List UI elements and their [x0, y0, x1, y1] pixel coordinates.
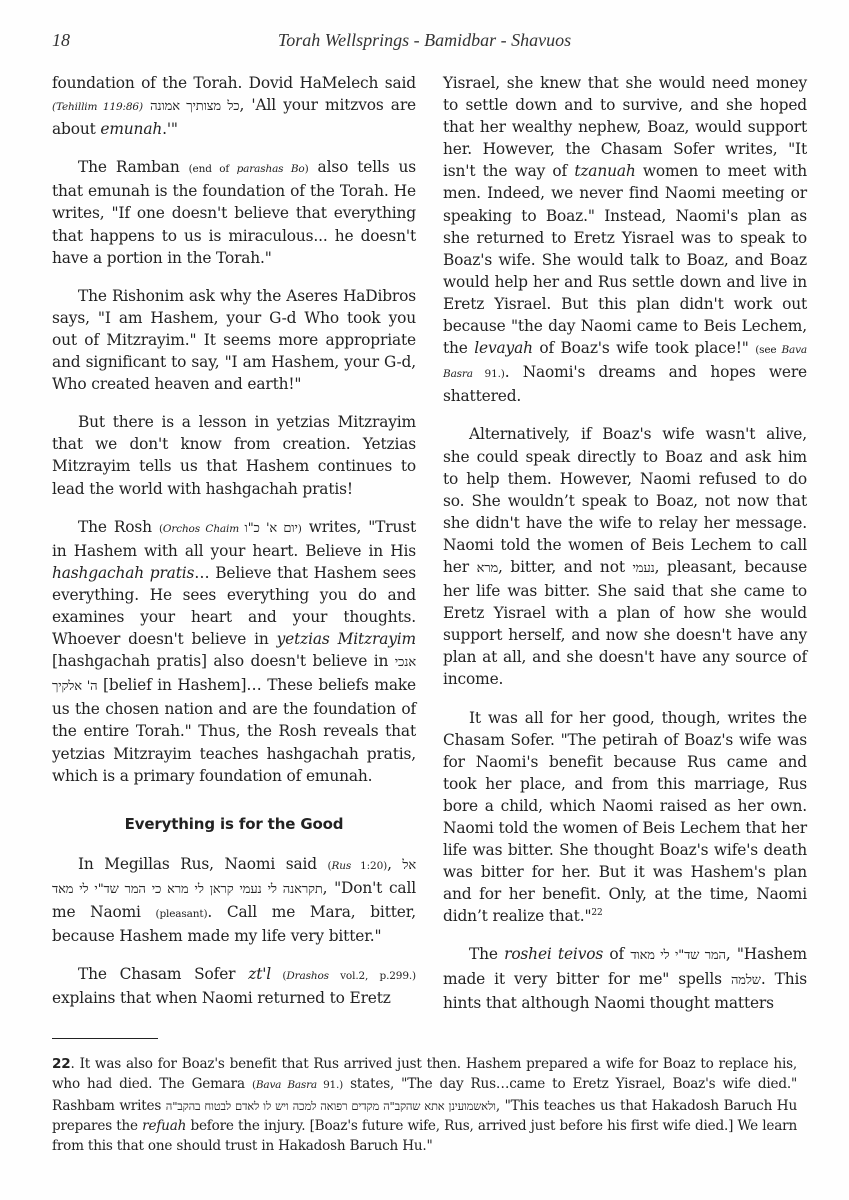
citation-source: Rus: [332, 860, 352, 872]
citation: (Tehillim 119:86): [52, 101, 143, 113]
hebrew-word: נעמי: [633, 561, 655, 576]
text: Alternatively, if Boaz's wife wasn't ali…: [443, 425, 807, 576]
text: [belief in Hashem]… These beliefs make u…: [52, 676, 416, 784]
citation: (Drashos vol.2, p.299.): [271, 970, 416, 982]
citation-text: (see: [755, 344, 781, 356]
running-title: Torah Wellsprings - Bamidbar - Shavuos: [52, 30, 797, 51]
hebrew-citation: יום א' כ"ו: [245, 521, 298, 536]
text: The Ramban: [78, 158, 189, 176]
text: of Boaz's wife took place!": [533, 339, 755, 357]
text: foundation of the Torah. Dovid HaMelech …: [52, 74, 416, 92]
italic-term: emunah: [100, 120, 162, 138]
text: ,: [387, 855, 402, 873]
hebrew-quote: ולאשמועינן אתא שהקב"ה מקדים רפואה למכה ו…: [166, 1099, 496, 1113]
hebrew-quote: המר שד"י לי מאוד: [630, 948, 726, 963]
text: In Megillas Rus, Naomi said: [78, 855, 328, 873]
paragraph: Yisrael, she knew that she would need mo…: [443, 72, 807, 407]
citation-text: vol.2, p.299.): [329, 970, 416, 982]
citation-text: 91.): [317, 1079, 343, 1091]
text: , bitter, and not: [498, 558, 632, 576]
hebrew-word: מרא: [477, 561, 498, 576]
citation-source: Orchos Chaim: [163, 523, 239, 535]
citation: (Bava Basra 91.): [252, 1079, 343, 1091]
footnote: 22. It was also for Boaz's benefit that …: [52, 1054, 797, 1156]
paragraph: The Rosh (Orchos Chaim יום א' כ"ו) write…: [52, 516, 416, 787]
text: [hashgachah pratis] also doesn't believe…: [52, 652, 395, 670]
footnote-number: 22: [52, 1056, 71, 1072]
text: women to meet with men. Indeed, we never…: [443, 162, 807, 357]
citation-text: 1:20): [351, 860, 387, 872]
citation-text: (: [271, 970, 286, 982]
text: The: [469, 945, 504, 963]
italic-term: hashgachah pratis: [52, 564, 194, 582]
section-heading: Everything is for the Good: [52, 813, 416, 835]
footnote-divider: [52, 1038, 158, 1039]
paragraph: The Chasam Sofer zt'l (Drashos vol.2, p.…: [52, 963, 416, 1009]
book-page: 18 Torah Wellsprings - Bamidbar - Shavuo…: [0, 0, 849, 1200]
footnotes: 22. It was also for Boaz's benefit that …: [52, 1054, 797, 1156]
citation: (pleasant): [156, 908, 208, 920]
text: of: [603, 945, 630, 963]
citation: (Orchos Chaim יום א' כ"ו): [159, 523, 302, 535]
citation: (Rus 1:20): [328, 860, 388, 872]
citation-text: 91.): [473, 368, 505, 380]
paragraph: The Rishonim ask why the Aseres HaDibros…: [52, 285, 416, 395]
text: , pleasant, because her life was bitter.…: [443, 558, 807, 688]
citation-text: (Tehillim 119:86): [52, 101, 143, 113]
text: .'": [162, 120, 178, 138]
text: explains that when Naomi returned to Ere…: [52, 989, 391, 1007]
paragraph: In Megillas Rus, Naomi said (Rus 1:20), …: [52, 853, 416, 947]
citation-text: (end of: [189, 163, 237, 175]
left-column: foundation of the Torah. Dovid HaMelech …: [52, 72, 416, 1025]
citation-source: Bava Basra: [256, 1079, 317, 1091]
italic-term: roshei teivos: [504, 945, 603, 963]
paragraph: The Ramban (end of parashas Bo) also tel…: [52, 156, 416, 268]
page-header: 18 Torah Wellsprings - Bamidbar - Shavuo…: [52, 30, 797, 54]
paragraph: The roshei teivos of המר שד"י לי מאוד, "…: [443, 943, 807, 1013]
citation: (end of parashas Bo): [189, 163, 309, 175]
italic-term: refuah: [142, 1118, 186, 1134]
paragraph: foundation of the Torah. Dovid HaMelech …: [52, 72, 416, 140]
hebrew-word: שלמה: [731, 973, 761, 988]
text: The Rosh: [78, 518, 159, 536]
citation-source: parashas Bo: [237, 163, 305, 175]
italic-term: zt'l: [248, 965, 271, 983]
paragraph: Alternatively, if Boaz's wife wasn't ali…: [443, 423, 807, 690]
right-column: Yisrael, she knew that she would need mo…: [443, 72, 807, 1030]
text: The Chasam Sofer: [78, 965, 248, 983]
citation-source: Drashos: [286, 970, 329, 982]
italic-term: tzanuah: [574, 162, 635, 180]
paragraph: But there is a lesson in yetzias Mitzray…: [52, 411, 416, 499]
paragraph: It was all for her good, though, writes …: [443, 707, 807, 928]
text: It was all for her good, though, writes …: [443, 709, 807, 926]
footnote-reference[interactable]: 22: [591, 908, 602, 918]
italic-term: yetzias Mitzrayim: [277, 630, 416, 648]
italic-term: levayah: [474, 339, 533, 357]
hebrew-quote: כל מצותיך אמונה: [150, 99, 239, 114]
